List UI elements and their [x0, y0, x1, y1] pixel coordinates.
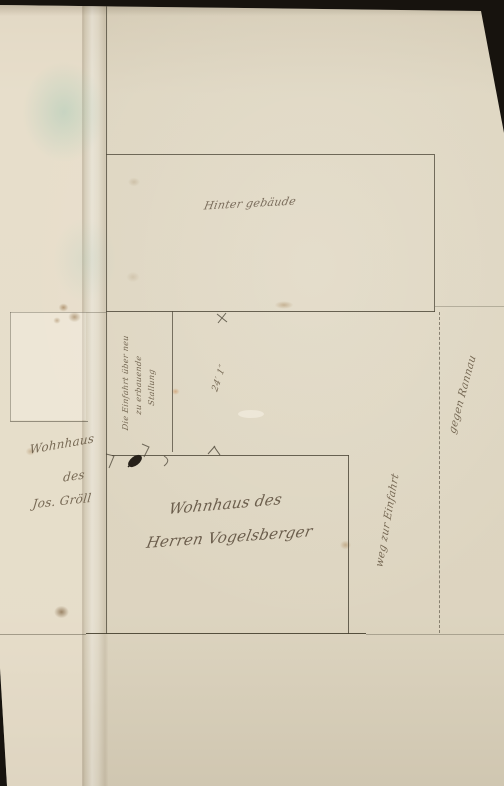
stall-note-line: Stallung — [145, 311, 158, 463]
scanned-archival-plan: { "document": { "kind_label": "Handgezei… — [0, 0, 504, 786]
foxing-stain — [126, 176, 142, 188]
main-house-right-line — [348, 455, 349, 634]
teal-discoloration — [6, 42, 122, 182]
stall-note-line: zu erbauende — [133, 309, 146, 461]
paper-scuff — [238, 410, 264, 418]
stall-strip-right-line — [172, 311, 173, 452]
dimension-label: 24′ 1″ — [207, 352, 233, 405]
tick-mark — [206, 442, 222, 458]
mid-line-right-extension — [435, 306, 504, 307]
back-building-right-line — [434, 154, 435, 312]
foxing-stain — [124, 270, 142, 284]
left-margin-box-top-line — [10, 312, 106, 313]
paper-edge-shadow — [0, 0, 504, 16]
stall-note-label: Die Einfahrt über neu zu erbauende Stall… — [120, 307, 158, 464]
back-building-bottom-line — [106, 311, 435, 312]
main-house-label-line2: Herren Vogelsberger — [120, 520, 338, 554]
right-passage-label: weg zur Einfahrt — [367, 435, 409, 607]
plot-bottom-line — [86, 633, 366, 634]
left-margin-box-bottom-line — [10, 421, 88, 422]
left-margin-box-fill — [10, 312, 86, 420]
foxing-stain — [338, 539, 353, 551]
stall-note-line: Die Einfahrt über neu — [120, 307, 133, 459]
main-house-label-line1: Wohnhaus des — [147, 488, 305, 521]
foxing-stain — [52, 316, 62, 325]
teal-discoloration — [40, 200, 130, 320]
left-margin-box-left-line — [10, 312, 11, 421]
plot-left-boundary-line — [106, 6, 107, 634]
back-building-label: Hinter gebäude — [184, 194, 317, 215]
foxing-stain — [272, 300, 296, 310]
far-right-street-label: gegen Rannau — [431, 295, 495, 493]
plot-bottom-line-left — [0, 634, 86, 635]
x-mark — [215, 311, 229, 325]
back-building-top-line — [106, 154, 434, 155]
foxing-stain — [52, 604, 71, 620]
paper-sheet: Hinter gebäude Die Einfahrt über neu zu … — [0, 0, 504, 786]
plot-bottom-line-right — [366, 634, 504, 635]
